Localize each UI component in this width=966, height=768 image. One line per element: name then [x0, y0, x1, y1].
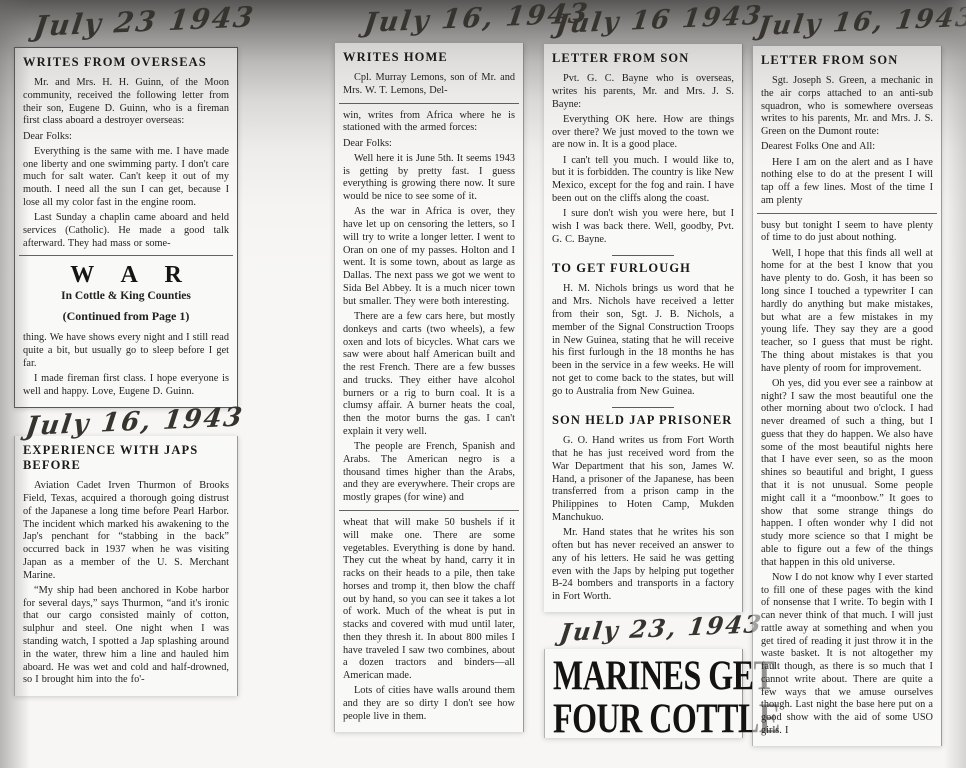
- handwritten-date: July 16 1943: [554, 2, 747, 40]
- display-headline-line-2: FOUR COTTLE: [553, 699, 729, 741]
- paragraph: Dear Folks:: [23, 131, 229, 144]
- war-section-continued-note: (Continued from Page 1): [23, 309, 229, 324]
- column-2: July 16, 1943 WRITES HOME Cpl. Murray Le…: [334, 0, 524, 732]
- paragraph: I made fireman first class. I hope every…: [23, 373, 229, 399]
- paragraph: Pvt. G. C. Bayne who is overseas, writes…: [552, 73, 734, 111]
- paragraph: busy but tonight I seem to have plenty o…: [761, 220, 933, 246]
- paragraph: Everything is the same with me. I have m…: [23, 146, 229, 210]
- clipping-writes-home: WRITES HOME Cpl. Murray Lemons, son of M…: [334, 43, 524, 732]
- paragraph: Well here it is June 5th. It seems 1943 …: [343, 153, 515, 204]
- clipping-letter-from-son-bayne: LETTER FROM SON Pvt. G. C. Bayne who is …: [544, 44, 743, 612]
- paragraph: There are a few cars here, but mostly do…: [343, 311, 515, 439]
- paragraph: Dear Folks:: [343, 138, 515, 151]
- clipping-headline: SON HELD JAP PRISONER: [552, 413, 734, 428]
- clipping-headline: EXPERIENCE WITH JAPS BEFORE: [23, 443, 229, 473]
- column-3: July 16 1943 LETTER FROM SON Pvt. G. C. …: [544, 0, 743, 738]
- paragraph: Dearest Folks One and All:: [761, 141, 933, 154]
- paragraph: Oh yes, did you ever see a rainbow at ni…: [761, 378, 933, 569]
- clipping-writes-from-overseas: WRITES FROM OVERSEAS Mr. and Mrs. H. H. …: [14, 47, 238, 408]
- paragraph: I sure don't wish you were here, but I w…: [552, 208, 734, 246]
- war-section-title: W A R: [23, 262, 229, 289]
- paragraph: The people are French, Spanish and Arabs…: [343, 441, 515, 505]
- paragraph: “My ship had been anchored in Kobe harbo…: [23, 585, 229, 687]
- paragraph: Now I do not know why I ever started to …: [761, 572, 933, 738]
- paragraph: I can't tell you much. I would like to, …: [552, 155, 734, 206]
- paragraph: Sgt. Joseph S. Green, a mechanic in the …: [761, 75, 933, 139]
- display-headline-line-1: MARINES GET: [553, 656, 729, 698]
- clipping-headline: WRITES HOME: [343, 50, 515, 65]
- column-4: July 16, 1943 LETTER FROM SON Sgt. Josep…: [752, 0, 942, 746]
- clipping-headline: WRITES FROM OVERSEAS: [23, 55, 229, 70]
- clipping-headline: LETTER FROM SON: [552, 51, 734, 66]
- paragraph: Here I am on the alert and as I have not…: [761, 157, 933, 208]
- paragraph: H. M. Nichols brings us word that he and…: [552, 283, 734, 398]
- war-section-subtitle: In Cottle & King Counties: [23, 290, 229, 302]
- paragraph: Aviation Cadet Irven Thurmon of Brooks F…: [23, 480, 229, 582]
- handwritten-date: July 16, 1943: [756, 4, 946, 42]
- section-separator: [612, 255, 674, 256]
- paragraph: Lots of cities have walls around them an…: [343, 685, 515, 723]
- clipping-cut-line: [339, 103, 519, 104]
- paragraph: Mr. and Mrs. H. H. Guinn, of the Moon co…: [23, 77, 229, 128]
- clipping-cut-line: [339, 510, 519, 511]
- paragraph: wheat that will make 50 bushels if it wi…: [343, 517, 515, 683]
- handwritten-date: July 23 1943: [32, 1, 242, 43]
- column-1: July 23 1943 WRITES FROM OVERSEAS Mr. an…: [14, 0, 238, 696]
- paragraph: G. O. Hand writes us from Fort Worth tha…: [552, 435, 734, 524]
- handwritten-date: July 16, 1943: [362, 1, 528, 39]
- war-section: W A R In Cottle & King Counties (Continu…: [23, 262, 229, 324]
- paragraph: Everything OK here. How are things over …: [552, 114, 734, 152]
- paragraph: win, writes from Africa where he is stat…: [343, 110, 515, 136]
- paragraph: Last Sunday a chaplin came aboard and he…: [23, 212, 229, 250]
- clipping-headline: LETTER FROM SON: [761, 53, 933, 68]
- section-separator: [612, 407, 674, 408]
- paragraph: Cpl. Murray Lemons, son of Mr. and Mrs. …: [343, 72, 515, 98]
- paragraph: Mr. Hand states that he writes his son o…: [552, 527, 734, 604]
- clipping-marines-get-four-cottle: MARINES GET FOUR COTTLE: [544, 649, 743, 738]
- clipping-letter-from-son-green: LETTER FROM SON Sgt. Joseph S. Green, a …: [752, 46, 942, 746]
- paragraph: Well, I hope that this finds all well at…: [761, 248, 933, 376]
- paragraph: As the war in Africa is over, they have …: [343, 206, 515, 308]
- clipping-headline: TO GET FURLOUGH: [552, 261, 734, 276]
- handwritten-date: July 23, 1943: [558, 610, 747, 647]
- clipping-cut-line: [757, 213, 937, 214]
- scrapbook-scan-page: July 23 1943 WRITES FROM OVERSEAS Mr. an…: [0, 0, 966, 768]
- paragraph: thing. We have shows every night and I s…: [23, 332, 229, 370]
- clipping-experience-with-japs: EXPERIENCE WITH JAPS BEFORE Aviation Cad…: [14, 436, 238, 695]
- clipping-cut-line: [19, 255, 233, 256]
